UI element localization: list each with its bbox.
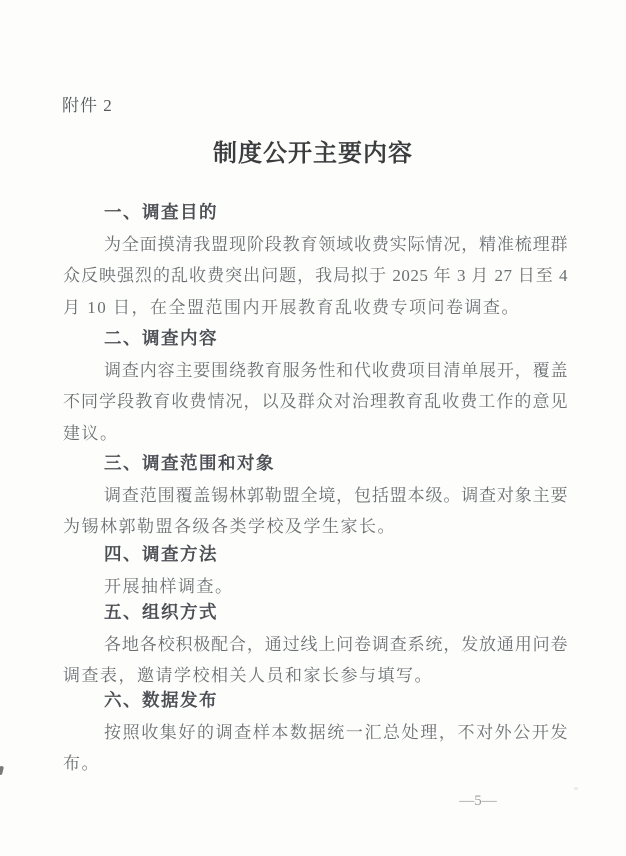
- page-number: —5—: [448, 792, 508, 810]
- section-survey-content: 二、调查内容 调查内容主要围绕教育服务性和代收费项目清单展开，覆盖 不同学段教育…: [63, 323, 568, 449]
- paragraph-line: 为锡林郭勒盟各级各类学校及学生家长。: [63, 511, 568, 543]
- scan-artifact-dot: [574, 787, 578, 790]
- paragraph-line: 不同学段教育收费情况，以及群众对治理教育乱收费工作的意见: [63, 386, 568, 418]
- section-data-release: 六、数据发布 按照收集好的调查样本数据统一汇总处理，不对外公开发 布。: [63, 685, 568, 780]
- paragraph-line: 调查内容主要围绕教育服务性和代收费项目清单展开，覆盖: [63, 355, 568, 387]
- section-survey-purpose: 一、调查目的 为全面摸清我盟现阶段教育领域收费实际情况，精准梳理群 众反映强烈的…: [63, 197, 568, 323]
- page-title: 制度公开主要内容: [0, 138, 626, 170]
- paragraph-line: 按照收集好的调查样本数据统一汇总处理，不对外公开发: [63, 717, 568, 749]
- paragraph-line: 建议。: [63, 418, 568, 450]
- paragraph-line: 调查范围覆盖锡林郭勒盟全境，包括盟本级。调查对象主要: [63, 480, 568, 512]
- scan-artifact-speck: [0, 766, 4, 776]
- paragraph-line: 为全面摸清我盟现阶段教育领域收费实际情况，精准梳理群: [63, 229, 568, 261]
- section-heading: 二、调查内容: [63, 323, 568, 355]
- section-heading: 三、调查范围和对象: [63, 448, 568, 480]
- section-heading: 六、数据发布: [63, 685, 568, 717]
- paragraph-line: 月 10 日，在全盟范围内开展教育乱收费专项问卷调查。: [63, 292, 568, 324]
- paragraph-line: 众反映强烈的乱收费突出问题，我局拟于 2025 年 3 月 27 日至 4: [63, 260, 568, 292]
- section-organization: 五、组织方式 各地各校积极配合，通过线上问卷调查系统，发放通用问卷 调查表，邀请…: [63, 597, 568, 692]
- attachment-label: 附件 2: [62, 95, 113, 117]
- section-heading: 五、组织方式: [63, 597, 568, 629]
- section-survey-scope: 三、调查范围和对象 调查范围覆盖锡林郭勒盟全境，包括盟本级。调查对象主要 为锡林…: [63, 448, 568, 543]
- section-survey-method: 四、调查方法 开展抽样调查。: [63, 539, 568, 602]
- scanned-document-page: 附件 2 制度公开主要内容 一、调查目的 为全面摸清我盟现阶段教育领域收费实际情…: [0, 0, 626, 856]
- section-heading: 四、调查方法: [63, 539, 568, 571]
- paragraph-line: 布。: [63, 748, 568, 780]
- paragraph-line: 各地各校积极配合，通过线上问卷调查系统，发放通用问卷: [63, 629, 568, 661]
- section-heading: 一、调查目的: [63, 197, 568, 229]
